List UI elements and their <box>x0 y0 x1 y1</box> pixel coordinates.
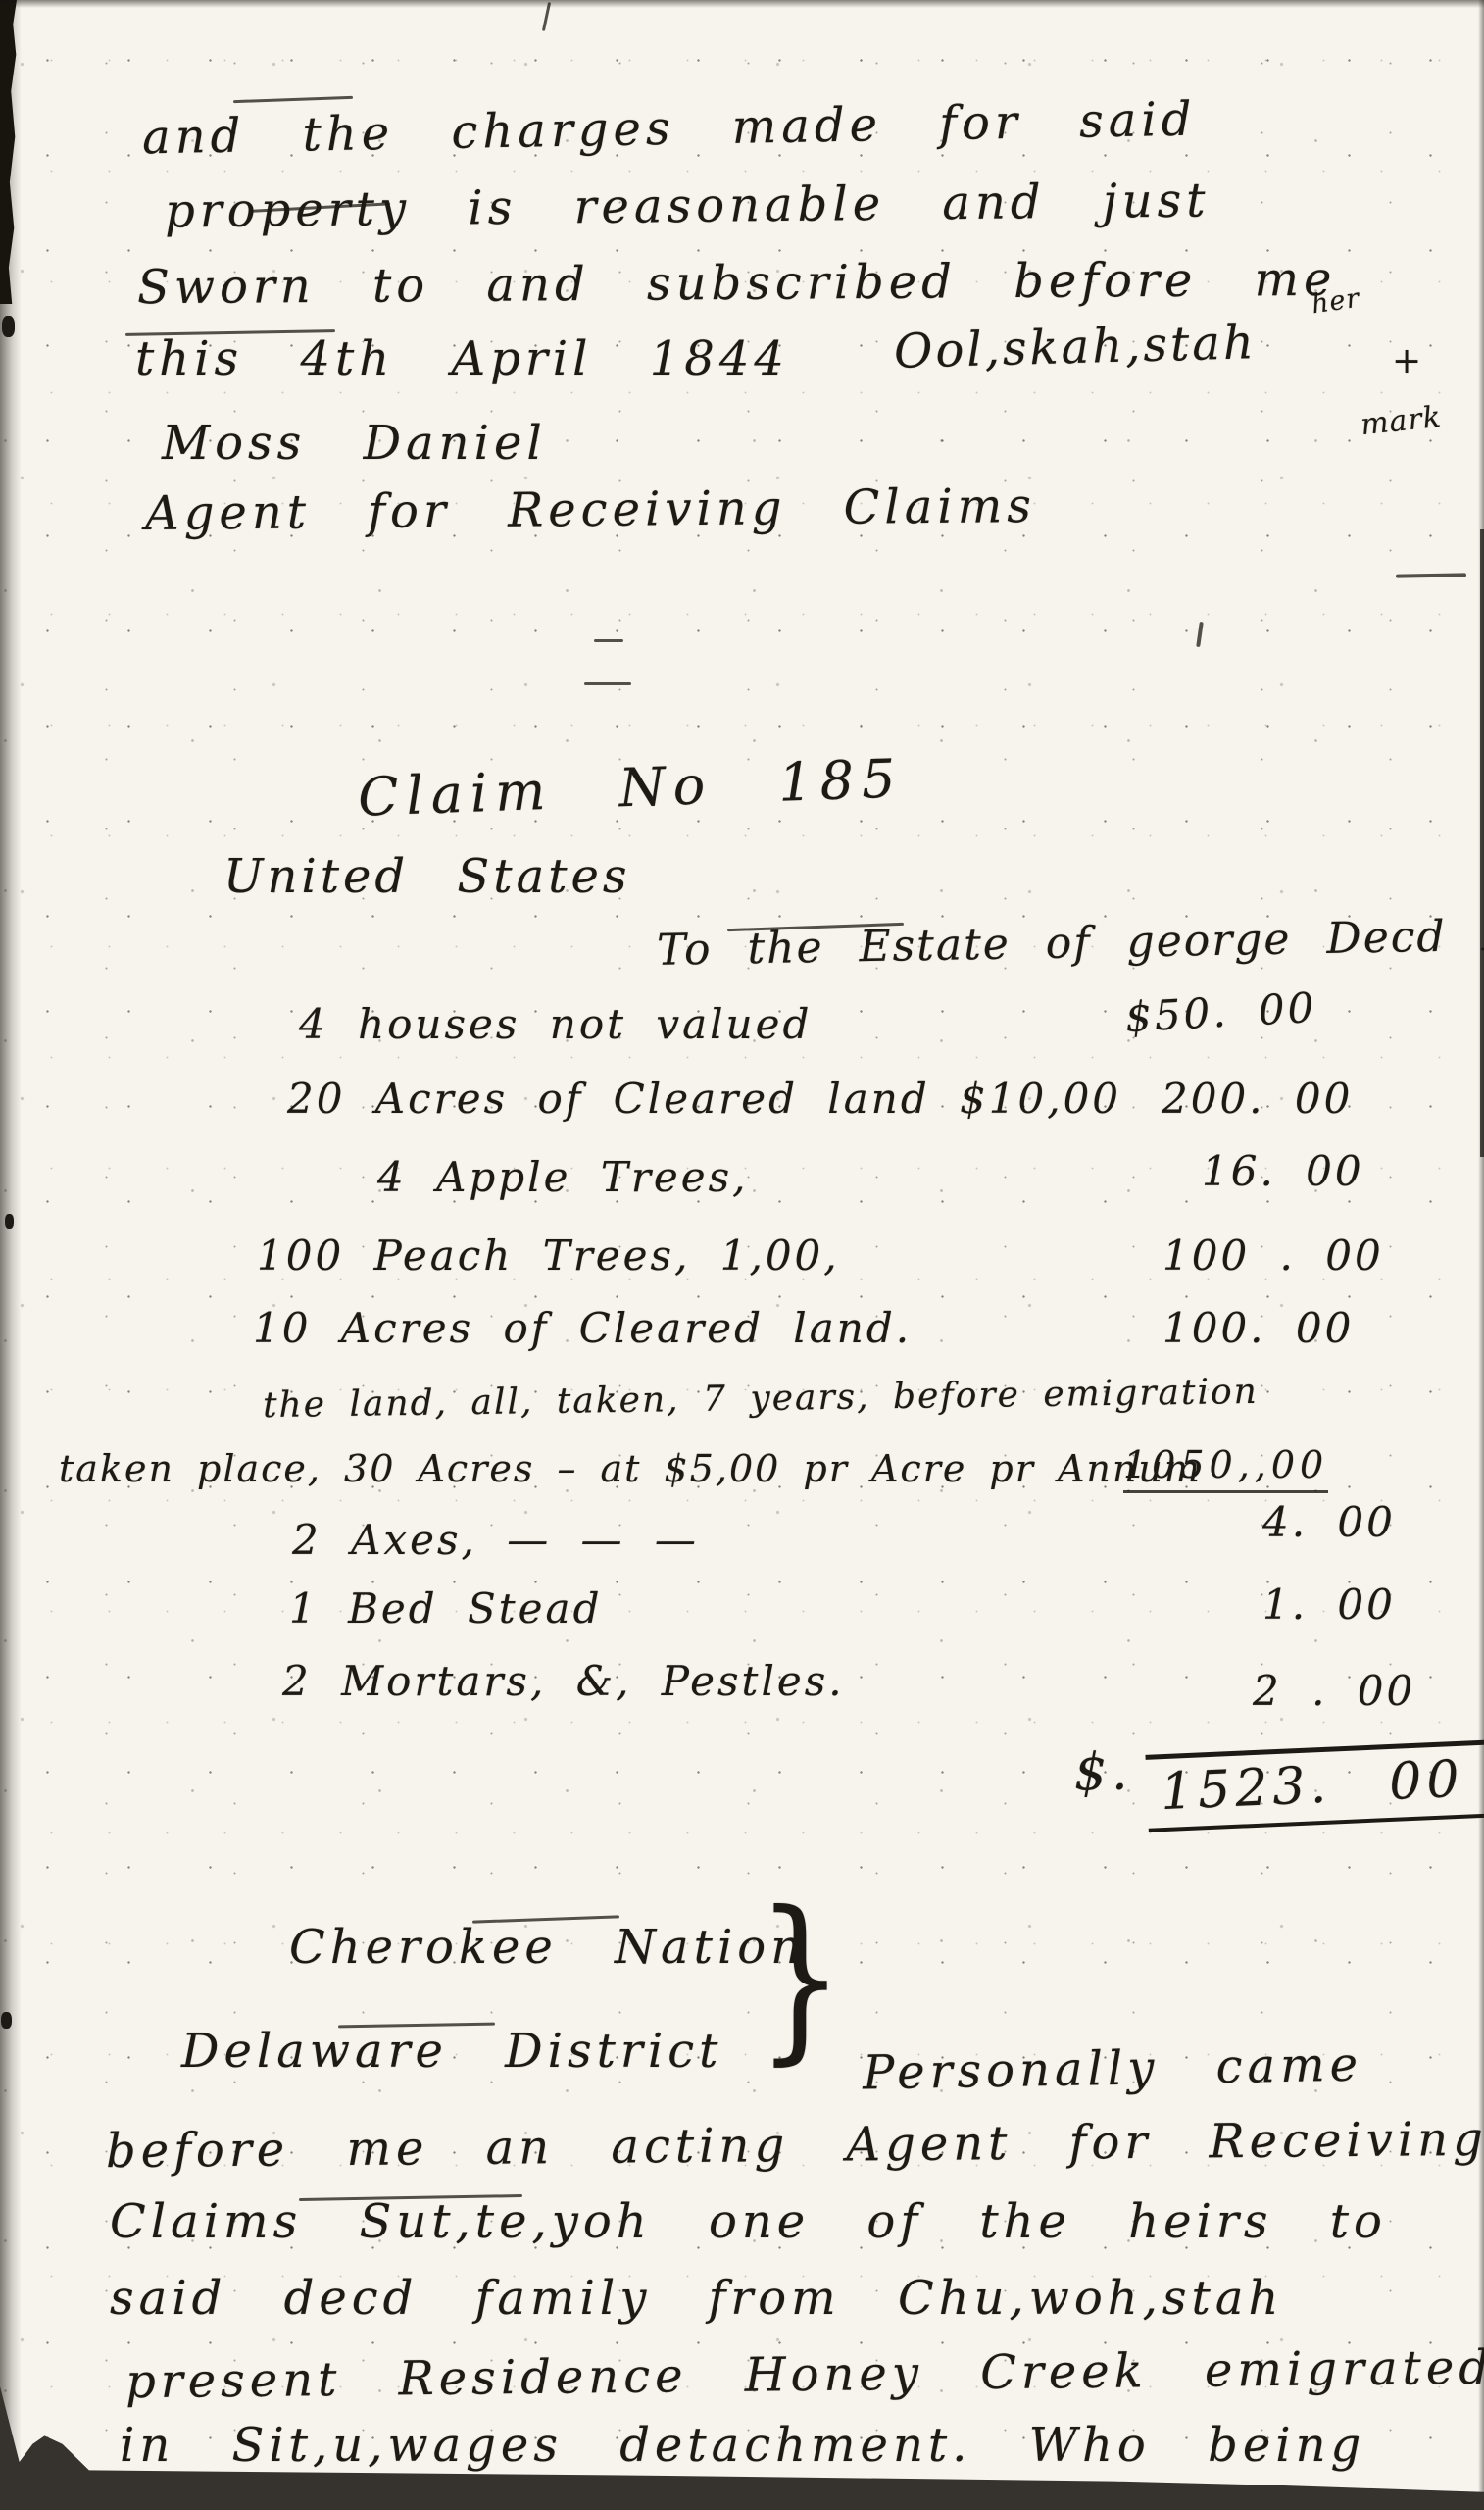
jurat-line-5: present Residence Honey Creek emigrated <box>125 2340 1484 2410</box>
scan-artifact-blob <box>1 2012 12 2029</box>
signature-mark-bottom-label: mark <box>1359 400 1443 442</box>
affidavit-line-3: Sworn to and subscribed before me <box>137 252 1337 316</box>
ledger-item-desc: 1 Bed Stead <box>289 1584 602 1632</box>
ledger-item-amount: 4. 00 <box>1262 1498 1396 1546</box>
scan-artifact-dash <box>584 682 631 685</box>
document-scan-page: and the charges made for said property i… <box>0 0 1484 2510</box>
ledger-item-amount: 1. 00 <box>1262 1581 1396 1629</box>
scan-edge-right-dark-segment <box>1480 529 1484 1157</box>
affidavit-line-1: and the charges made for said <box>142 92 1197 166</box>
land-note-line-1: the land, all, taken, 7 years, before em… <box>263 1372 1259 1426</box>
land-note-line-2: taken place, 30 Acres – at $5,00 pr Acre… <box>59 1447 1202 1490</box>
ink-stroke <box>233 96 353 103</box>
jurat-line-1: Personally came <box>863 2037 1363 2101</box>
jurat-district: Delaware District <box>181 2024 722 2079</box>
scan-artifact-dash <box>594 639 623 642</box>
ledger-item-desc: 10 Acres of Cleared land. <box>253 1304 912 1352</box>
ledger-item-desc: 2 Axes, — — — <box>292 1516 699 1564</box>
affidavit-date-line: this 4th April 1844 <box>135 331 789 386</box>
ledger-item-desc: 4 houses not valued <box>299 1000 812 1048</box>
scan-artifact-blob <box>5 1214 14 1229</box>
ledger-item-amount: 100 . 00 <box>1162 1231 1384 1280</box>
ledger-item-desc: 100 Peach Trees, 1,00, <box>257 1231 840 1280</box>
total-currency-symbol: $. <box>1074 1743 1133 1802</box>
total-amount: 1523. 00 <box>1147 1747 1484 1825</box>
ledger-item-amount: 100. 00 <box>1162 1304 1354 1352</box>
ledger-item-desc: 4 Apple Trees, <box>377 1153 749 1201</box>
scan-edge-top <box>0 0 1484 8</box>
scan-edge-left <box>0 0 22 2510</box>
jurat-line-3: Claims Sut,te,yoh one of the heirs to <box>110 2194 1387 2249</box>
debtor-heading: To the Estate of george Decd Dr <box>657 910 1484 976</box>
ledger-item-amount: 16. 00 <box>1202 1147 1364 1195</box>
claim-number-heading: Claim No 185 <box>357 747 904 828</box>
agent-title: Agent for Receiving Claims <box>145 478 1036 541</box>
scan-artifact-mark <box>1196 622 1204 647</box>
ledger-item-amount: 200. 00 <box>1162 1075 1353 1123</box>
claimant-signature: Ool,skah,stah <box>893 315 1257 379</box>
jurat-line-6: in Sit,u,wages detachment. Who being <box>120 2418 1365 2473</box>
signature-mark-cross: + <box>1392 341 1426 381</box>
claim-party: United States <box>223 849 631 904</box>
ledger-item-desc: 20 Acres of Cleared land $10,00 <box>287 1075 1121 1123</box>
land-note-amount: 1050,,00 <box>1123 1443 1328 1493</box>
jurat-nation: Cherokee Nation <box>289 1920 806 1975</box>
signature-mark-top-label: her <box>1310 283 1361 321</box>
scan-artifact-blob <box>2 316 15 337</box>
jurat-line-4: said decd family from Chu,woh,stah <box>110 2271 1283 2326</box>
affidavit-line-2: property is reasonable and just <box>165 173 1211 238</box>
total-amount-value: 1523. 00 <box>1145 1739 1484 1832</box>
ledger-item-amount: $50. 00 <box>1124 983 1318 1041</box>
agent-name: Moss Daniel <box>162 416 547 471</box>
ledger-item-desc: 2 Mortars, &, Pestles. <box>282 1657 845 1705</box>
jurat-line-2: before me an acting Agent for Receiving <box>106 2112 1484 2179</box>
scan-artifact-dash <box>1396 573 1466 577</box>
jurat-brace: } <box>757 1875 844 2083</box>
ledger-item-amount: 2 . 00 <box>1253 1667 1415 1715</box>
